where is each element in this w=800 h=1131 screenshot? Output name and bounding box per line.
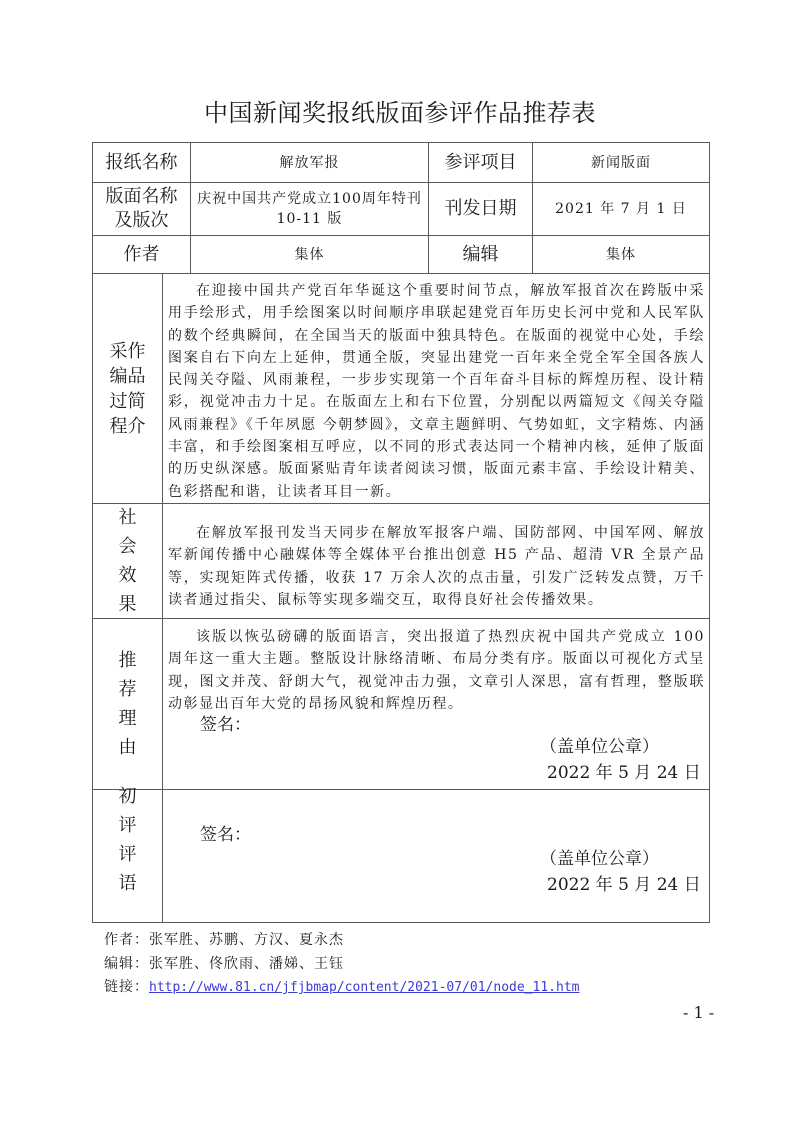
seal-note: （盖单位公章） [540, 734, 659, 760]
recommendation-table: 报纸名称 解放军报 参评项目 新闻版面 版面名称及版次 庆祝中国共产党成立100… [92, 142, 709, 922]
sign-date: 2022 年 5 月 24 日 [547, 760, 701, 786]
editors-label: 编辑： [104, 956, 149, 972]
row-divider [92, 789, 709, 790]
label-publish-date: 刊发日期 [429, 183, 532, 235]
label-social-cell: 社会效果 [93, 504, 162, 618]
editors-value: 张军胜、佟欣雨、潘娣、王钰 [149, 956, 344, 972]
label-preliminary-cell: 初评评语 [93, 790, 162, 890]
label-social-effect: 社会效果 [113, 503, 143, 619]
document-title: 中国新闻奖报纸版面参评作品推荐表 [0, 93, 800, 128]
link-label: 链接： [104, 979, 149, 995]
value-publish-date: 2021 年 7 月 1 日 [533, 183, 709, 235]
value-newspaper-name: 解放军报 [191, 143, 428, 182]
table-border-bottom [92, 922, 709, 923]
authors-value: 张军胜、苏鹏、方汉、夏永杰 [149, 932, 344, 948]
table-border-right [709, 142, 710, 923]
label-page-name: 版面名称及版次 [93, 183, 190, 235]
row-divider [92, 503, 709, 504]
label-preliminary-comment: 初评评语 [113, 782, 143, 898]
footer-editors: 编辑：张军胜、佟欣雨、潘娣、王钰 [104, 953, 344, 973]
value-page-name: 庆祝中国共产党成立100周年特刊 10-11 版 [191, 183, 428, 235]
label-process-intro: 采作编品过简程介 [106, 339, 150, 439]
col-divider [162, 273, 163, 923]
row-divider [92, 618, 709, 619]
row-divider [92, 273, 709, 274]
label-newspaper-name: 报纸名称 [93, 143, 190, 182]
label-recommend-reason: 推荐理由 [113, 646, 143, 762]
value-author: 集体 [191, 236, 428, 273]
label-editor: 编辑 [429, 236, 532, 273]
footer-authors: 作者：张军胜、苏鹏、方汉、夏永杰 [104, 929, 344, 949]
recommend-reason-text: 该版以恢弘磅礴的版面语言，突出报道了热烈庆祝中国共产党成立 100 周年这一重大… [168, 626, 705, 715]
sign-date: 2022 年 5 月 24 日 [547, 872, 701, 898]
source-link[interactable]: http://www.81.cn/jfjbmap/content/2021-07… [149, 980, 579, 995]
social-effect-text: 在解放军报刊发当天同步在解放军报客户端、国防部网、中国军网、解放军新闻传播中心融… [168, 522, 705, 611]
value-editor: 集体 [533, 236, 709, 273]
footer-link: 链接：http://www.81.cn/jfjbmap/content/2021… [104, 976, 579, 996]
label-entry-category: 参评项目 [429, 143, 532, 182]
signature-label: 签名： [200, 710, 251, 735]
label-reason-cell: 推荐理由 [93, 619, 162, 789]
page-number: - 1 - [683, 1003, 714, 1022]
label-process-cell: 采作编品过简程介 [93, 274, 162, 503]
authors-label: 作者： [104, 932, 149, 948]
signature-label: 签名： [200, 820, 251, 845]
seal-note: （盖单位公章） [540, 846, 659, 872]
process-intro-text: 在迎接中国共产党百年华诞这个重要时间节点，解放军报首次在跨版中采用手绘形式，用手… [168, 280, 705, 503]
value-entry-category: 新闻版面 [533, 143, 709, 182]
label-author: 作者 [93, 236, 190, 273]
